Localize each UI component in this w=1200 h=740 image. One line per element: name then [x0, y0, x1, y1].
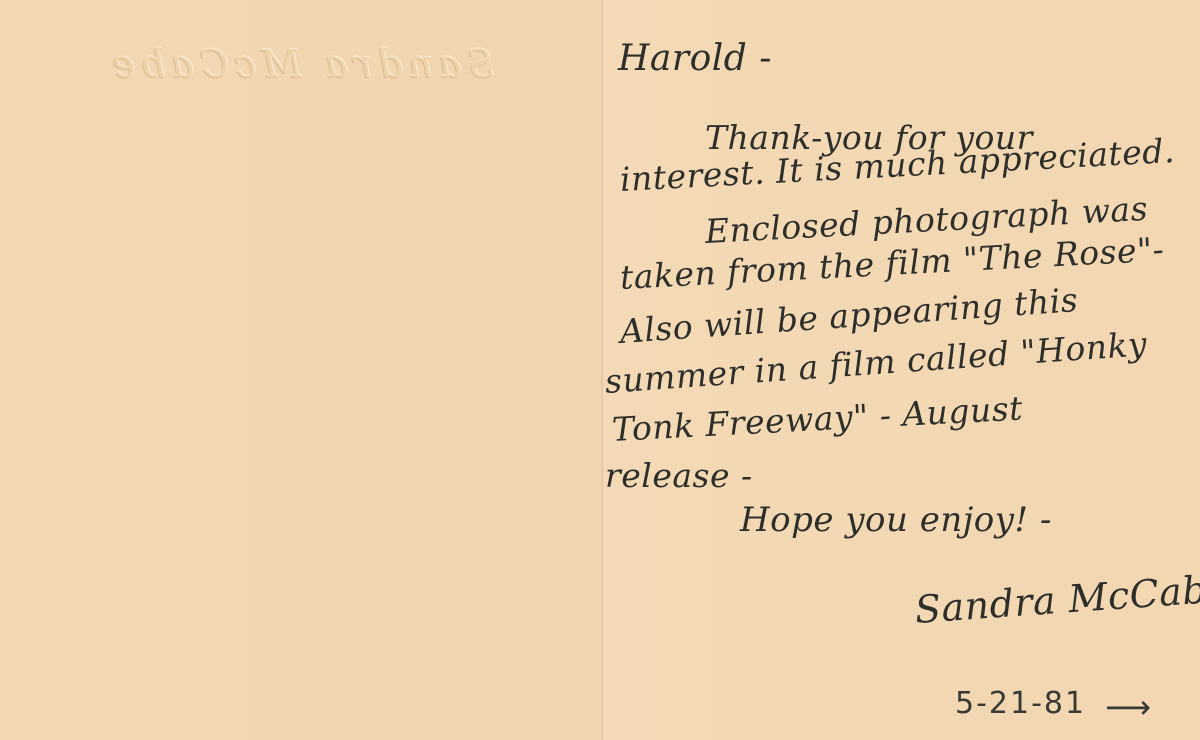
closing-line: Hope you enjoy! - [740, 500, 1052, 540]
arrow-right-icon: ⟶ [1105, 688, 1151, 726]
embossed-name: Sandra McCabe [100, 42, 500, 86]
salutation: Harold - [618, 38, 772, 79]
note-line-8: release - [605, 456, 753, 495]
greeting-card: Sandra McCabe Harold - Thank-you for you… [0, 0, 1200, 740]
card-left-panel: Sandra McCabe [0, 0, 603, 740]
note-date: 5-21-81 [955, 686, 1086, 721]
